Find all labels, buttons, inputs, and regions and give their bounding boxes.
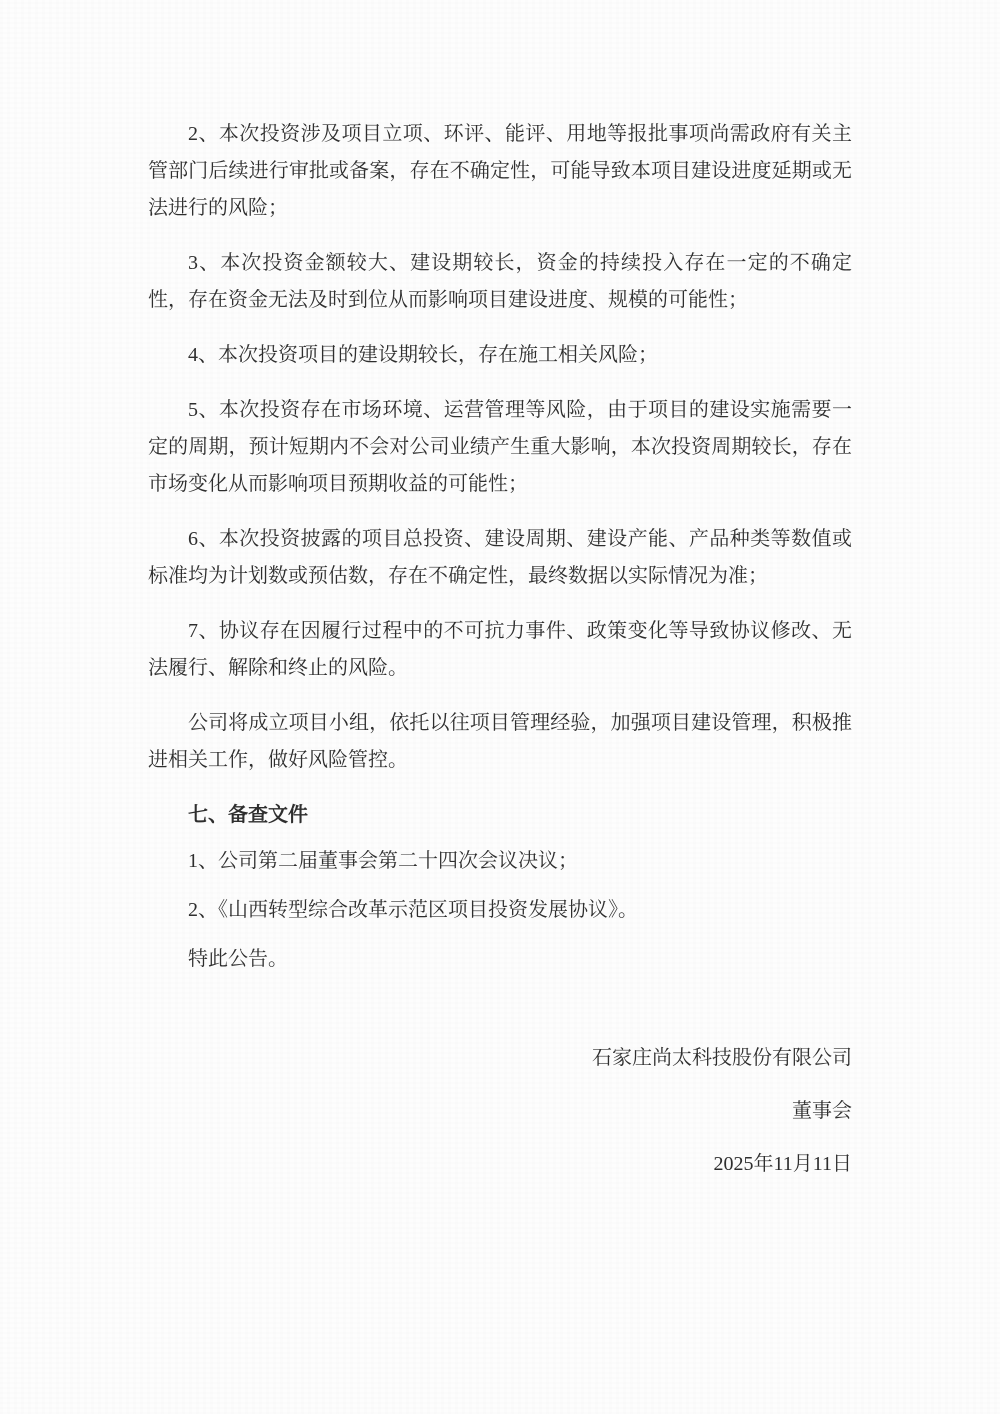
section-heading-reference-documents: 七、备查文件 xyxy=(148,797,852,834)
signature-date: 2025年11月11日 xyxy=(148,1146,852,1183)
document-body: 2、本次投资涉及项目立项、环评、能评、用地等报批事项尚需政府有关主管部门后续进行… xyxy=(148,116,852,1183)
risk-paragraph-2: 2、本次投资涉及项目立项、环评、能评、用地等报批事项尚需政府有关主管部门后续进行… xyxy=(148,116,852,227)
risk-paragraph-5: 5、本次投资存在市场环境、运营管理等风险，由于项目的建设实施需要一定的周期，预计… xyxy=(148,392,852,503)
closing-statement: 特此公告。 xyxy=(148,941,852,978)
risk-paragraph-7: 7、协议存在因履行过程中的不可抗力事件、政策变化等导致协议修改、无法履行、解除和… xyxy=(148,613,852,687)
risk-paragraph-3: 3、本次投资金额较大、建设期较长，资金的持续投入存在一定的不确定性，存在资金无法… xyxy=(148,245,852,319)
risk-paragraph-6: 6、本次投资披露的项目总投资、建设周期、建设产能、产品种类等数值或标准均为计划数… xyxy=(148,521,852,595)
reference-document-2: 2、《山西转型综合改革示范区项目投资发展协议》。 xyxy=(148,892,852,929)
document-page: 2、本次投资涉及项目立项、环评、能评、用地等报批事项尚需政府有关主管部门后续进行… xyxy=(0,0,1000,1414)
signature-board: 董事会 xyxy=(148,1093,852,1130)
reference-document-1: 1、公司第二届董事会第二十四次会议决议； xyxy=(148,843,852,880)
signature-company-name: 石家庄尚太科技股份有限公司 xyxy=(148,1040,852,1077)
mitigation-paragraph: 公司将成立项目小组，依托以往项目管理经验，加强项目建设管理，积极推进相关工作，做… xyxy=(148,705,852,779)
risk-paragraph-4: 4、本次投资项目的建设期较长，存在施工相关风险； xyxy=(148,337,852,374)
signature-block: 石家庄尚太科技股份有限公司 董事会 2025年11月11日 xyxy=(148,1040,852,1183)
